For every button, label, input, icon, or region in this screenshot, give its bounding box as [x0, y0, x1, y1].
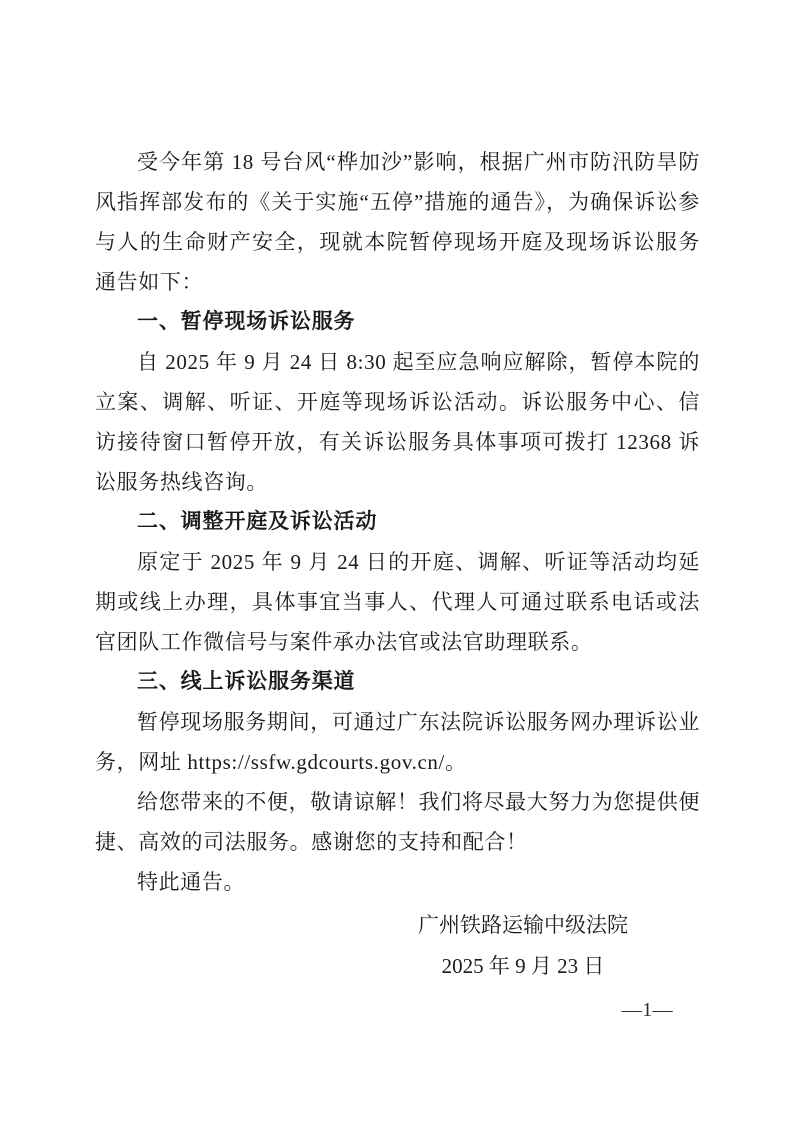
- section-3-paragraph: 暂停现场服务期间，可通过广东法院诉讼服务网办理诉讼业务，网址 https://s…: [95, 702, 700, 782]
- section-1-paragraph: 自 2025 年 9 月 24 日 8:30 起至应急响应解除，暂停本院的立案、…: [95, 342, 700, 502]
- final-note: 特此通告。: [95, 862, 700, 902]
- section-3-heading: 三、线上诉讼服务渠道: [95, 662, 700, 702]
- section-1-heading: 一、暂停现场诉讼服务: [95, 302, 700, 342]
- notice-page: 受今年第 18 号台风“桦加沙”影响，根据广州市防汛防旱防风指挥部发布的《关于实…: [0, 0, 793, 1122]
- intro-paragraph: 受今年第 18 号台风“桦加沙”影响，根据广州市防汛防旱防风指挥部发布的《关于实…: [95, 142, 700, 302]
- signature-block: 广州铁路运输中级法院 2025 年 9 月 23 日: [418, 905, 628, 987]
- notice-body: 受今年第 18 号台风“桦加沙”影响，根据广州市防汛防旱防风指挥部发布的《关于实…: [95, 142, 700, 1027]
- section-2-paragraph: 原定于 2025 年 9 月 24 日的开庭、调解、听证等活动均延期或线上办理，…: [95, 542, 700, 662]
- closing-paragraph: 给您带来的不便，敬请谅解！我们将尽最大努力为您提供便捷、高效的司法服务。感谢您的…: [95, 782, 700, 862]
- signature-date: 2025 年 9 月 23 日: [418, 946, 628, 987]
- signature-organization: 广州铁路运输中级法院: [418, 905, 628, 946]
- section-2-heading: 二、调整开庭及诉讼活动: [95, 502, 700, 542]
- page-number: —1—: [95, 993, 700, 1027]
